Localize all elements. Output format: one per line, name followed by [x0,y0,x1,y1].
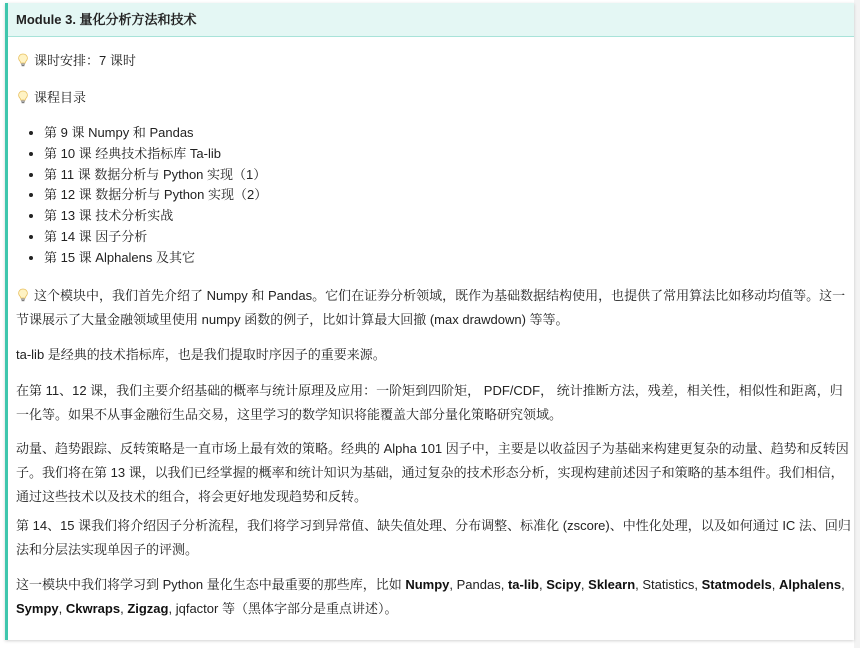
libraries-prefix: 这一模块中我们将学习到 Python 量化生态中最重要的那些库，比如 [16,577,405,592]
scrollbar-track[interactable] [854,0,860,648]
library-name: Alphalens [779,577,841,592]
library-name: Sympy [16,601,59,616]
library-name: Pandas [457,577,501,592]
lesson-item: 第 10 课 经典技术指标库 Ta-lib [44,144,267,165]
lesson-item: 第 15 课 Alphalens 及其它 [44,248,267,269]
paragraph-factor-analysis: 第 14、15 课我们将介绍因子分析流程，我们将学习到异常值、缺失值处理、分布调… [16,514,851,562]
library-name: Numpy [405,577,449,592]
library-name: ta-lib [508,577,539,592]
library-name: Zigzag [127,601,168,616]
toc-heading: 课程目录 [16,87,86,109]
paragraph-talib: ta-lib 是经典的技术指标库，也是我们提取时序因子的重要来源。 [16,343,851,367]
lesson-list: 第 9 课 Numpy 和 Pandas 第 10 课 经典技术指标库 Ta-l… [16,123,267,269]
lesson-item: 第 14 课 因子分析 [44,227,267,248]
lesson-item: 第 9 课 Numpy 和 Pandas [44,123,267,144]
lesson-item: 第 13 课 技术分析实战 [44,206,267,227]
paragraph-strategies: 动量、趋势跟踪、反转策略是一直市场上最有效的策略。经典的 Alpha 101 因… [16,437,851,509]
course-hours: 课时安排：7 课时 [16,50,136,72]
lightbulb-icon [16,53,30,67]
course-hours-text: 课时安排：7 课时 [34,53,136,68]
paragraph-numpy-pandas: 这个模块中，我们首先介绍了 Numpy 和 Pandas。它们在证券分析领域，既… [16,284,851,332]
module-title: Module 3. 量化分析方法和技术 [8,3,854,37]
paragraph-statistics: 在第 11、12 课，我们主要介绍基础的概率与统计原理及应用：一阶矩到四阶矩， … [16,379,851,427]
library-name: jqfactor [176,601,219,616]
library-name: Statistics [642,577,694,592]
lesson-item: 第 11 课 数据分析与 Python 实现（1） [44,165,267,186]
library-name: Statmodels [702,577,772,592]
lightbulb-icon [16,288,30,302]
lesson-item: 第 12 课 数据分析与 Python 实现（2） [44,185,267,206]
library-name: Scipy [546,577,581,592]
library-name: Ckwraps [66,601,120,616]
libraries-suffix: 等（黑体字部分是重点讲述）。 [218,601,397,616]
lightbulb-icon [16,90,30,104]
library-name: Sklearn [588,577,635,592]
paragraph-libraries: 这一模块中我们将学习到 Python 量化生态中最重要的那些库，比如 Numpy… [16,573,851,621]
module-admonition: Module 3. 量化分析方法和技术 课时安排：7 课时 课程目录 第 9 课… [5,3,854,640]
paragraph-text: 这个模块中，我们首先介绍了 Numpy 和 Pandas。它们在证券分析领域，既… [16,288,845,327]
toc-heading-text: 课程目录 [34,90,86,105]
